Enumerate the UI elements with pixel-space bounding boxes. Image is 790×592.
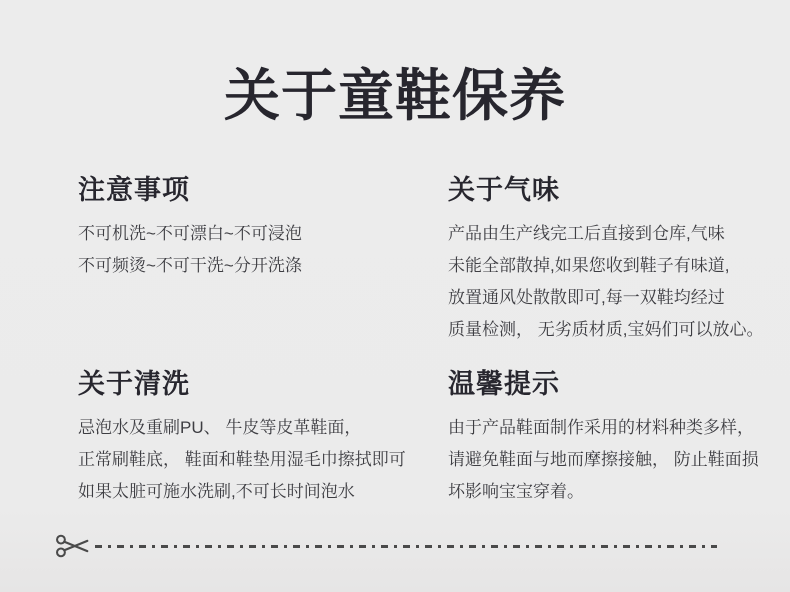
section-text-line: 如果太脏可施水洗刷,不可长时间泡水 — [78, 476, 438, 508]
section-text-line: 请避免鞋面与地而摩擦接触， 防止鞋面损 — [448, 444, 768, 476]
dashed-cut-rule — [95, 545, 717, 548]
section-text-line: 不可频烫~不可干洗~分开洗涤 — [78, 250, 428, 282]
section-tips: 温馨提示 由于产品鞋面制作采用的材料种类多样， 请避免鞋面与地而摩擦接触， 防止… — [448, 364, 768, 508]
section-text-line: 正常刷鞋底， 鞋面和鞋垫用湿毛巾擦拭即可 — [78, 444, 438, 476]
section-precautions: 注意事项 不可机洗~不可漂白~不可浸泡 不可频烫~不可干洗~分开洗涤 — [78, 170, 428, 282]
section-odor: 关于气味 产品由生产线完工后直接到仓库,气味 未能全部散掉,如果您收到鞋子有味道… — [448, 170, 768, 346]
section-text-line: 坏影响宝宝穿着。 — [448, 476, 768, 508]
section-text-line: 放置通风处散散即可,每一双鞋均经过 — [448, 282, 768, 314]
shoe-care-infographic: 关于童鞋保养 注意事项 不可机洗~不可漂白~不可浸泡 不可频烫~不可干洗~分开洗… — [0, 0, 790, 592]
section-text-line: 未能全部散掉,如果您收到鞋子有味道, — [448, 250, 768, 282]
page-title: 关于童鞋保养 — [0, 52, 790, 132]
section-text-line: 产品由生产线完工后直接到仓库,气味 — [448, 218, 768, 250]
section-cleaning: 关于清洗 忌泡水及重刷PU、 牛皮等皮革鞋面， 正常刷鞋底， 鞋面和鞋垫用湿毛巾… — [78, 364, 438, 508]
section-title: 注意事项 — [78, 170, 428, 210]
section-title: 温馨提示 — [448, 364, 768, 404]
section-text-line: 忌泡水及重刷PU、 牛皮等皮革鞋面， — [78, 412, 438, 444]
section-text-line: 不可机洗~不可漂白~不可浸泡 — [78, 218, 428, 250]
section-text-line: 质量检测， 无劣质材质,宝妈们可以放心。 — [448, 314, 768, 346]
cut-line — [55, 531, 717, 561]
section-title: 关于气味 — [448, 170, 768, 210]
section-text-line: 由于产品鞋面制作采用的材料种类多样， — [448, 412, 768, 444]
section-title: 关于清洗 — [78, 364, 438, 404]
scissors-icon — [55, 532, 89, 560]
